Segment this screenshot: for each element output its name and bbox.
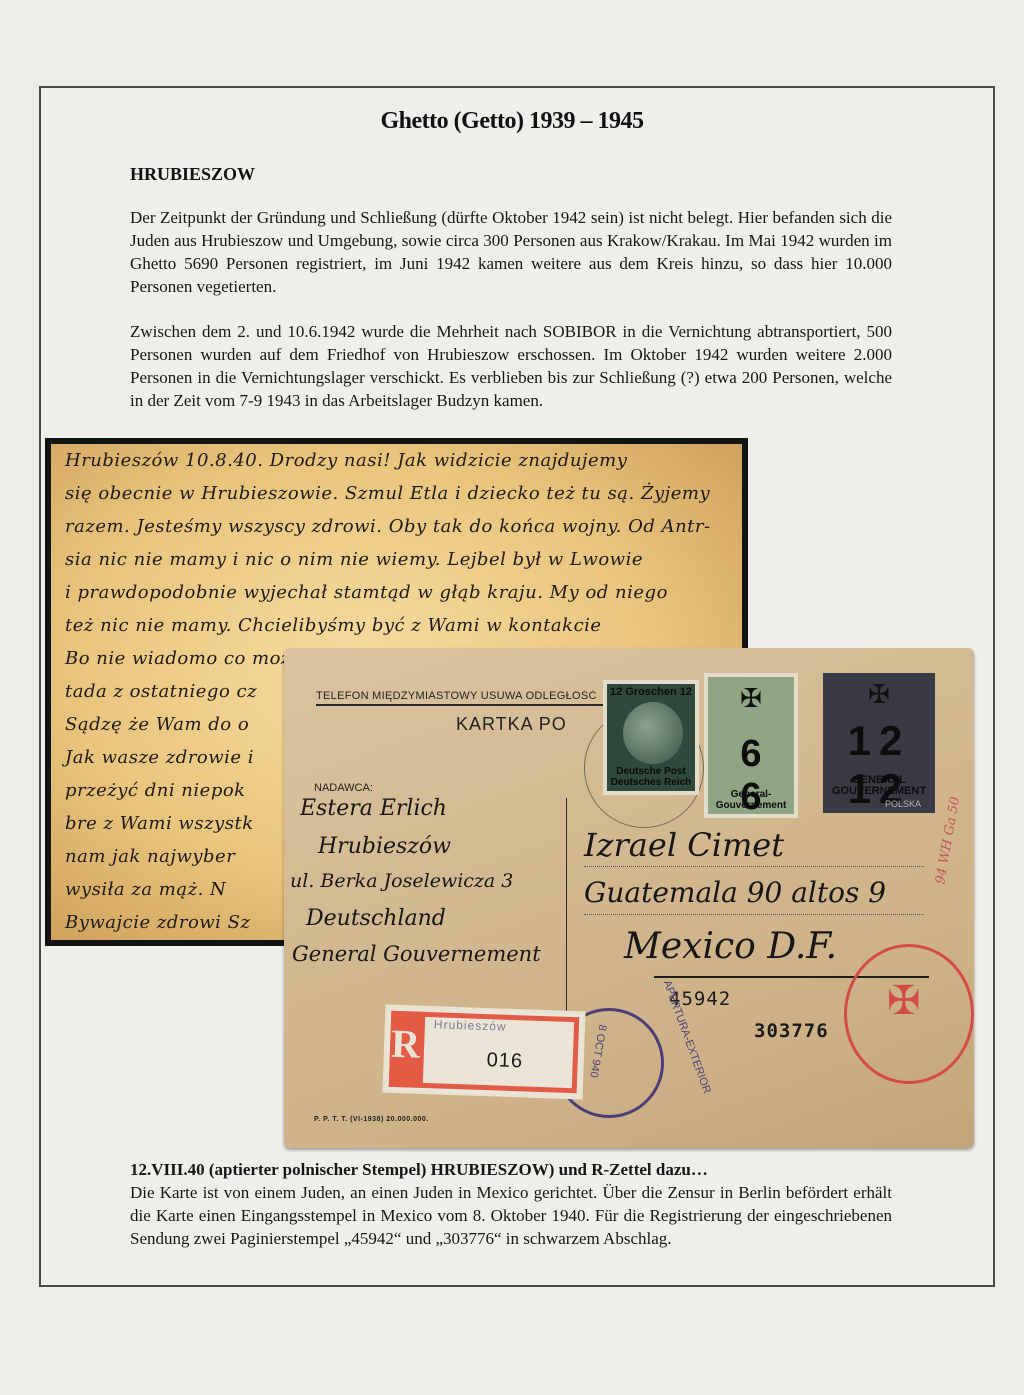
registration-number: 016 xyxy=(486,1049,523,1073)
registration-letter: R xyxy=(390,1020,421,1068)
letter-line: bre z Wami wszystk xyxy=(65,813,254,834)
imprinted-stamp-12: ✠ 12 12 GENERAL GOUVERNEMENT POLSKA xyxy=(823,673,935,813)
eagle-icon: ✠ xyxy=(740,683,762,714)
paragraph-text: Zwischen dem 2. und 10.6.1942 wurde die … xyxy=(130,320,892,412)
intro-paragraph: Der Zeitpunkt der Gründung und Schließun… xyxy=(130,206,892,298)
postcard: TELEFON MIĘDZYMIASTOWY USUWA ODLEGŁOŚĆ K… xyxy=(284,648,974,1148)
stamp-country: POLSKA xyxy=(885,799,921,809)
letter-line: przeżyć dni niepok xyxy=(65,780,246,801)
caption: 12.VIII.40 (aptierter polnischer Stempel… xyxy=(130,1158,892,1250)
letter-line: też nic nie mamy. Chcielibyśmy być z Wam… xyxy=(65,615,602,636)
sender-line: Deutschland xyxy=(306,906,446,931)
letter-line: Bywajcie zdrowi Sz xyxy=(65,912,250,933)
censor-stamp: ✠ xyxy=(844,944,974,1084)
letter-line: tada z ostatniego cz xyxy=(65,681,257,702)
section-heading: HRUBIESZOW xyxy=(130,164,255,185)
portrait-icon xyxy=(623,702,683,764)
letter-line: nam jak najwyber xyxy=(65,846,235,867)
recipient-line: Guatemala 90 altos 9 xyxy=(584,876,886,909)
recipient-line: Mexico D.F. xyxy=(624,926,837,967)
eagle-icon: ✠ xyxy=(868,679,890,710)
letter-line: Jak wasze zdrowie i xyxy=(65,747,254,768)
stamp-overprint: 12 Groschen 12 xyxy=(607,686,695,698)
caption-body: Die Karte ist von einem Juden, an einen … xyxy=(130,1181,892,1250)
stamp-overprint: General- Gouvernement xyxy=(708,789,794,811)
letter-line: Hrubieszów 10.8.40. Drodzy nasi! Jak wid… xyxy=(65,450,627,471)
page-title: Ghetto (Getto) 1939 – 1945 xyxy=(0,108,1024,135)
postcard-title: KARTKA PO xyxy=(456,714,567,735)
paragraph-text: Der Zeitpunkt der Gründung und Schließun… xyxy=(130,206,892,298)
stamp-overprint: GENERAL GOUVERNEMENT xyxy=(823,775,935,797)
eagle-icon: ✠ xyxy=(887,977,921,1024)
pagination-stamp-2: 303776 xyxy=(754,1020,829,1042)
letter-line: Sądzę że Wam do o xyxy=(65,714,249,735)
printer-note: P. P. T. T. (VI-1938) 20.000.000. xyxy=(314,1116,429,1123)
stamp-hindenburg-12-groschen: 12 Groschen 12 Deutsche Post Deutsches R… xyxy=(603,680,699,795)
address-line xyxy=(584,866,924,867)
caption-title: 12.VIII.40 (aptierter polnischer Stempel… xyxy=(130,1158,892,1181)
censor-pencil-note: 94 WH Ga 50 xyxy=(933,796,963,886)
address-line xyxy=(584,914,924,915)
sender-label: NADAWCA: xyxy=(314,782,373,794)
history-paragraph: Zwischen dem 2. und 10.6.1942 wurde die … xyxy=(130,320,892,412)
sender-line: ul. Berka Joselewicza 3 xyxy=(290,870,513,892)
letter-line: sia nic nie mamy i nic o nim nie wiemy. … xyxy=(65,549,643,570)
postmark-date: 8 OCT 940 xyxy=(587,1024,608,1079)
stamp-overprint: Deutsche Post Deutsches Reich xyxy=(607,766,695,788)
letter-line: wysiła za mąż. N xyxy=(65,879,226,900)
sender-line: General Gouvernement xyxy=(292,942,541,966)
sender-line: Hrubieszów xyxy=(318,834,451,859)
letter-line: razem. Jesteśmy wszyscy zdrowi. Oby tak … xyxy=(65,516,711,537)
recipient-line: Izrael Cimet xyxy=(584,826,784,864)
registration-label: R Hrubieszów 016 xyxy=(383,1005,586,1100)
postcard-header-line: TELEFON MIĘDZYMIASTOWY USUWA ODLEGŁOŚĆ xyxy=(316,690,616,706)
letter-line: i prawdopodobnie wyjechał stamtąd w głąb… xyxy=(65,582,668,603)
stamp-6-gg: ✠ 6 6 General- Gouvernement xyxy=(704,673,798,818)
letter-line: się obecnie w Hrubieszowie. Szmul Etla i… xyxy=(65,483,710,504)
sender-line: Estera Erlich xyxy=(300,796,447,821)
registration-place: Hrubieszów xyxy=(434,1017,507,1034)
